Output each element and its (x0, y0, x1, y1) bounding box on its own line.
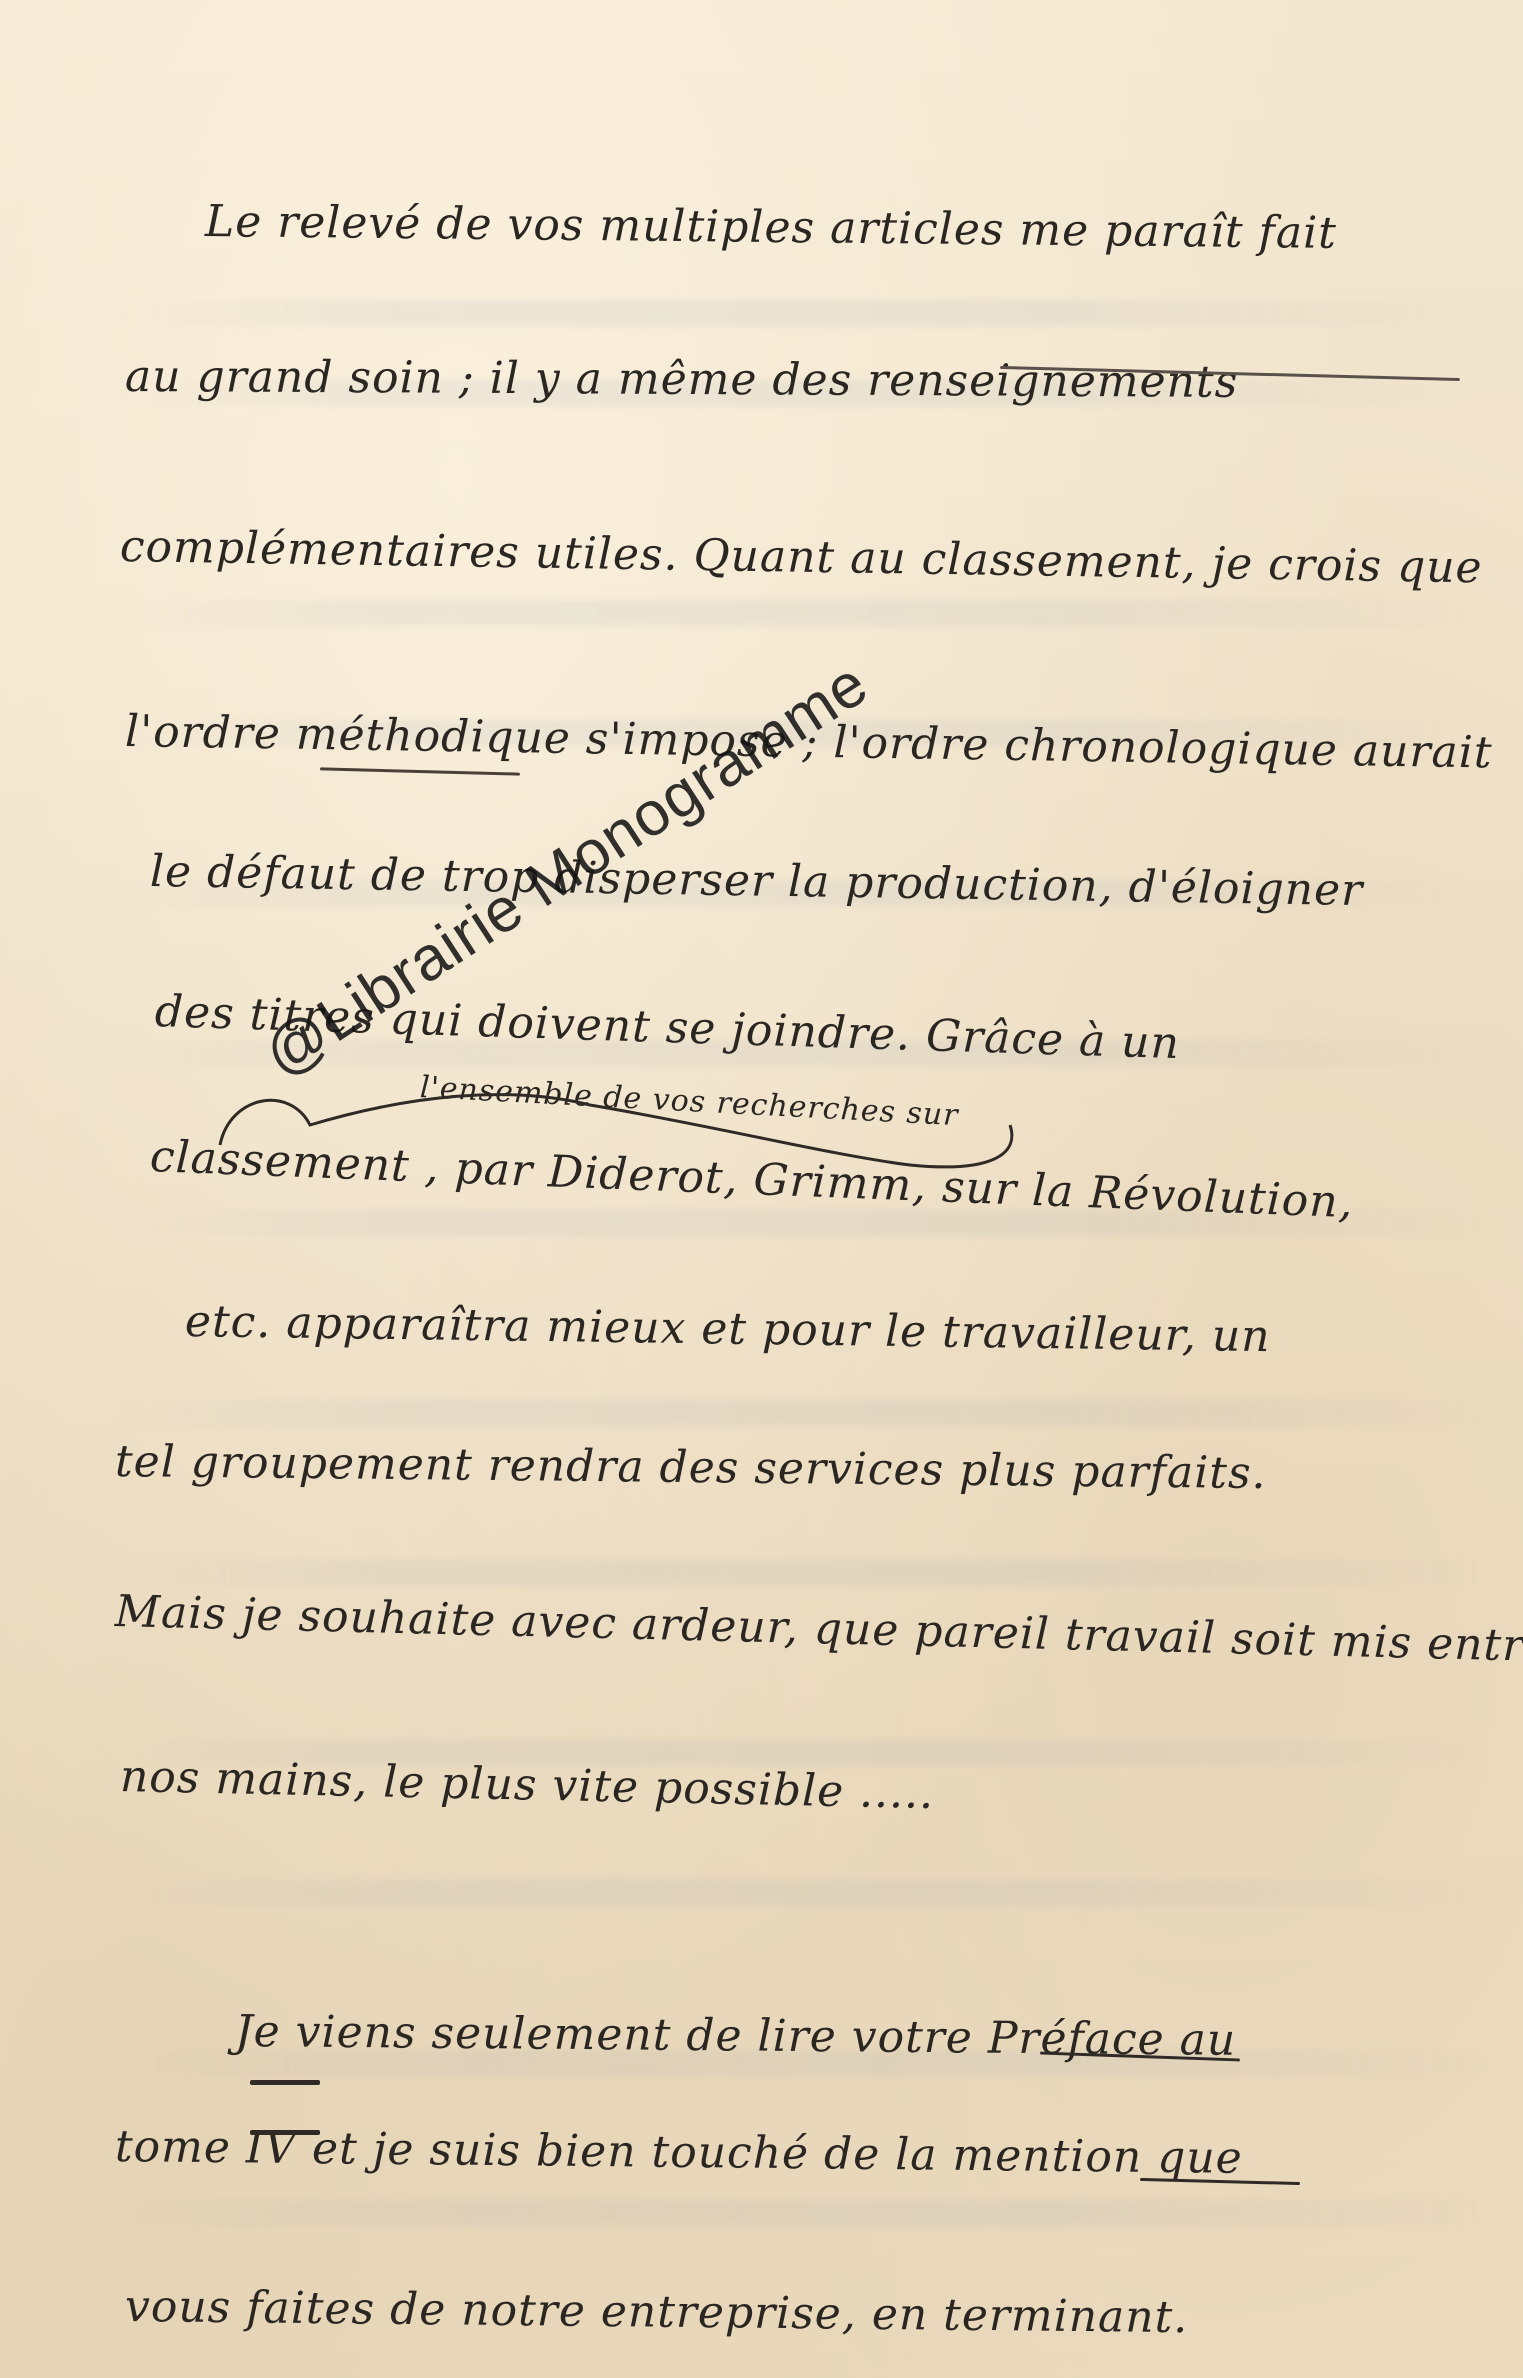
letter-page: Le relevé de vos multiples articles me p… (0, 0, 1523, 2378)
bleed-through-mark (120, 1880, 1483, 1906)
bleed-through-mark (120, 1400, 1483, 1426)
bleed-through-mark (120, 600, 1483, 626)
letter-line: Mais je souhaite avec ardeur, que pareil… (114, 1590, 1523, 1669)
letter-line: etc. apparaîtra mieux et pour le travail… (185, 1300, 1271, 1359)
bleed-through-mark (120, 300, 1483, 326)
bleed-through-mark (120, 2200, 1483, 2226)
letter-line: tel groupement rendra des services plus … (115, 1440, 1267, 1496)
letter-line: Le relevé de vos multiples articles me p… (205, 200, 1337, 256)
letter-line: au grand soin ; il y a même des renseign… (125, 355, 1238, 405)
underline-tome-iv (250, 2130, 320, 2135)
letter-line: vous faites de notre entreprise, en term… (125, 2285, 1189, 2340)
underline-methodique (320, 767, 520, 775)
letter-line: complémentaires utiles. Quant au classem… (120, 525, 1483, 590)
overline-tome-iv (250, 2080, 320, 2085)
bleed-through-mark (120, 1560, 1483, 1586)
